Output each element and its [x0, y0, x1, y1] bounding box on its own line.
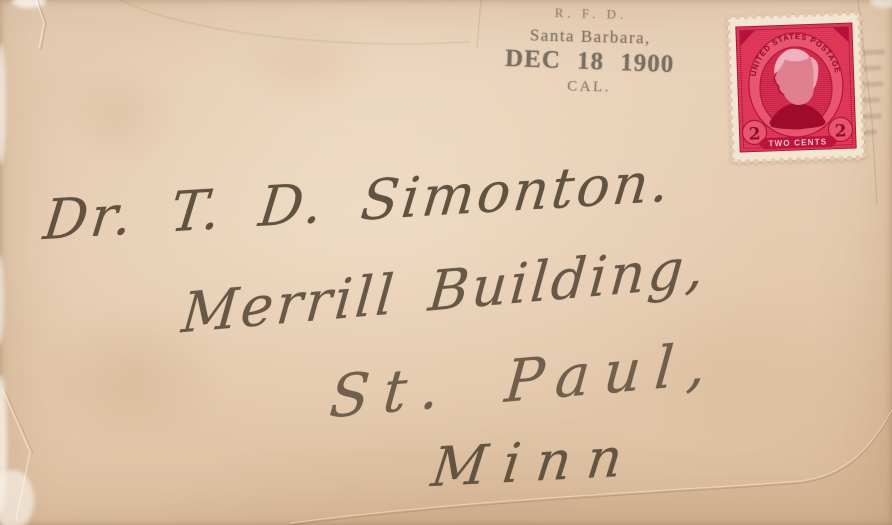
address-line-building: Merrill Building, — [179, 235, 709, 346]
paper-wear — [12, 0, 46, 8]
paper-stain — [230, 20, 380, 110]
address-line-recipient: Dr. T. D. Simonton. — [40, 149, 675, 252]
paper-stain — [60, 60, 180, 170]
paper-wear — [0, 44, 6, 164]
postmark: R. F. D. Santa Barbara, DEC 18 1900 CAL. — [491, 3, 689, 98]
postage-stamp: UNITED STATES POSTAGE 2 2 — [723, 9, 868, 167]
envelope-paper: R. F. D. Santa Barbara, DEC 18 1900 CAL. — [0, 0, 892, 525]
envelope-photo: R. F. D. Santa Barbara, DEC 18 1900 CAL. — [0, 0, 892, 525]
postmark-rfd: R. F. D. — [493, 3, 689, 24]
postmark-date: DEC 18 1900 — [491, 44, 688, 79]
paper-wear — [870, 0, 892, 8]
paper-wear — [0, 470, 34, 525]
address-line-city: St. Paul, — [327, 329, 723, 432]
address-line-state: Minn — [428, 425, 642, 499]
washington-stamp-icon: UNITED STATES POSTAGE 2 2 — [723, 9, 868, 167]
postmark-state: CAL. — [491, 76, 687, 98]
stamp-denomination-left: 2 — [748, 124, 761, 144]
stamp-denomination-right: 2 — [834, 121, 847, 141]
paper-wear — [0, 255, 4, 345]
